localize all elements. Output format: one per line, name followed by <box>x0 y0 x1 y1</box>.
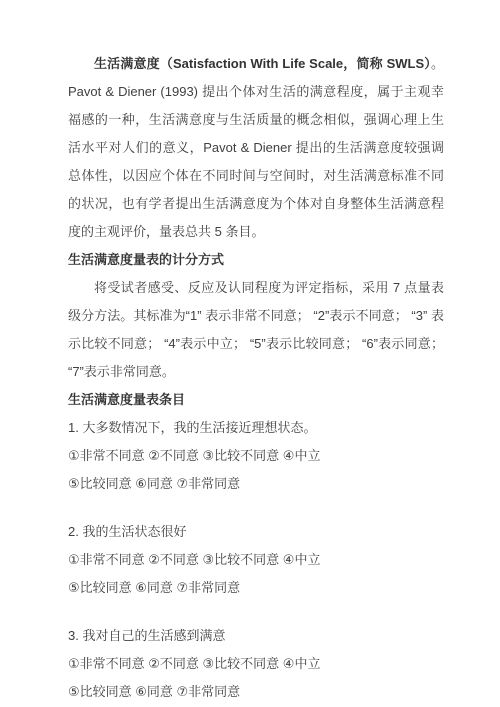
options-line-2: ⑤比较同意 ⑥同意 ⑦非常同意 <box>68 574 444 602</box>
options-line-1: ①非常不同意 ②不同意 ③比较不同意 ④中立 <box>68 650 444 678</box>
question-block-2: 2. 我的生活状态很好 ①非常不同意 ②不同意 ③比较不同意 ④中立 ⑤比较同意… <box>68 518 444 602</box>
question-text: 1. 大多数情况下，我的生活接近理想状态。 <box>68 414 444 442</box>
question-text: 2. 我的生活状态很好 <box>68 518 444 546</box>
scoring-section-heading: 生活满意度量表的计分方式 <box>68 246 444 274</box>
document-page: 生活满意度（Satisfaction With Life Scale，简称 SW… <box>0 0 500 707</box>
question-block-1: 1. 大多数情况下，我的生活接近理想状态。 ①非常不同意 ②不同意 ③比较不同意… <box>68 414 444 498</box>
options-line-2: ⑤比较同意 ⑥同意 ⑦非常同意 <box>68 470 444 498</box>
items-section-heading: 生活满意度量表条目 <box>68 386 444 414</box>
scoring-paragraph: 将受试者感受、反应及认同程度为评定指标，采用 7 点量表级分方法。其标准为“1”… <box>68 274 444 386</box>
intro-paragraph: 生活满意度（Satisfaction With Life Scale，简称 SW… <box>68 50 444 246</box>
options-line-1: ①非常不同意 ②不同意 ③比较不同意 ④中立 <box>68 546 444 574</box>
question-text: 3. 我对自己的生活感到满意 <box>68 622 444 650</box>
question-block-3: 3. 我对自己的生活感到满意 ①非常不同意 ②不同意 ③比较不同意 ④中立 ⑤比… <box>68 622 444 706</box>
intro-bold-lead: 生活满意度（Satisfaction With Life Scale，简称 SW… <box>94 56 431 71</box>
intro-body-text: 。Pavot & Diener (1993) 提出个体对生活的满意程度，属于主观… <box>68 56 444 239</box>
options-line-1: ①非常不同意 ②不同意 ③比较不同意 ④中立 <box>68 442 444 470</box>
options-line-2: ⑤比较同意 ⑥同意 ⑦非常同意 <box>68 678 444 706</box>
